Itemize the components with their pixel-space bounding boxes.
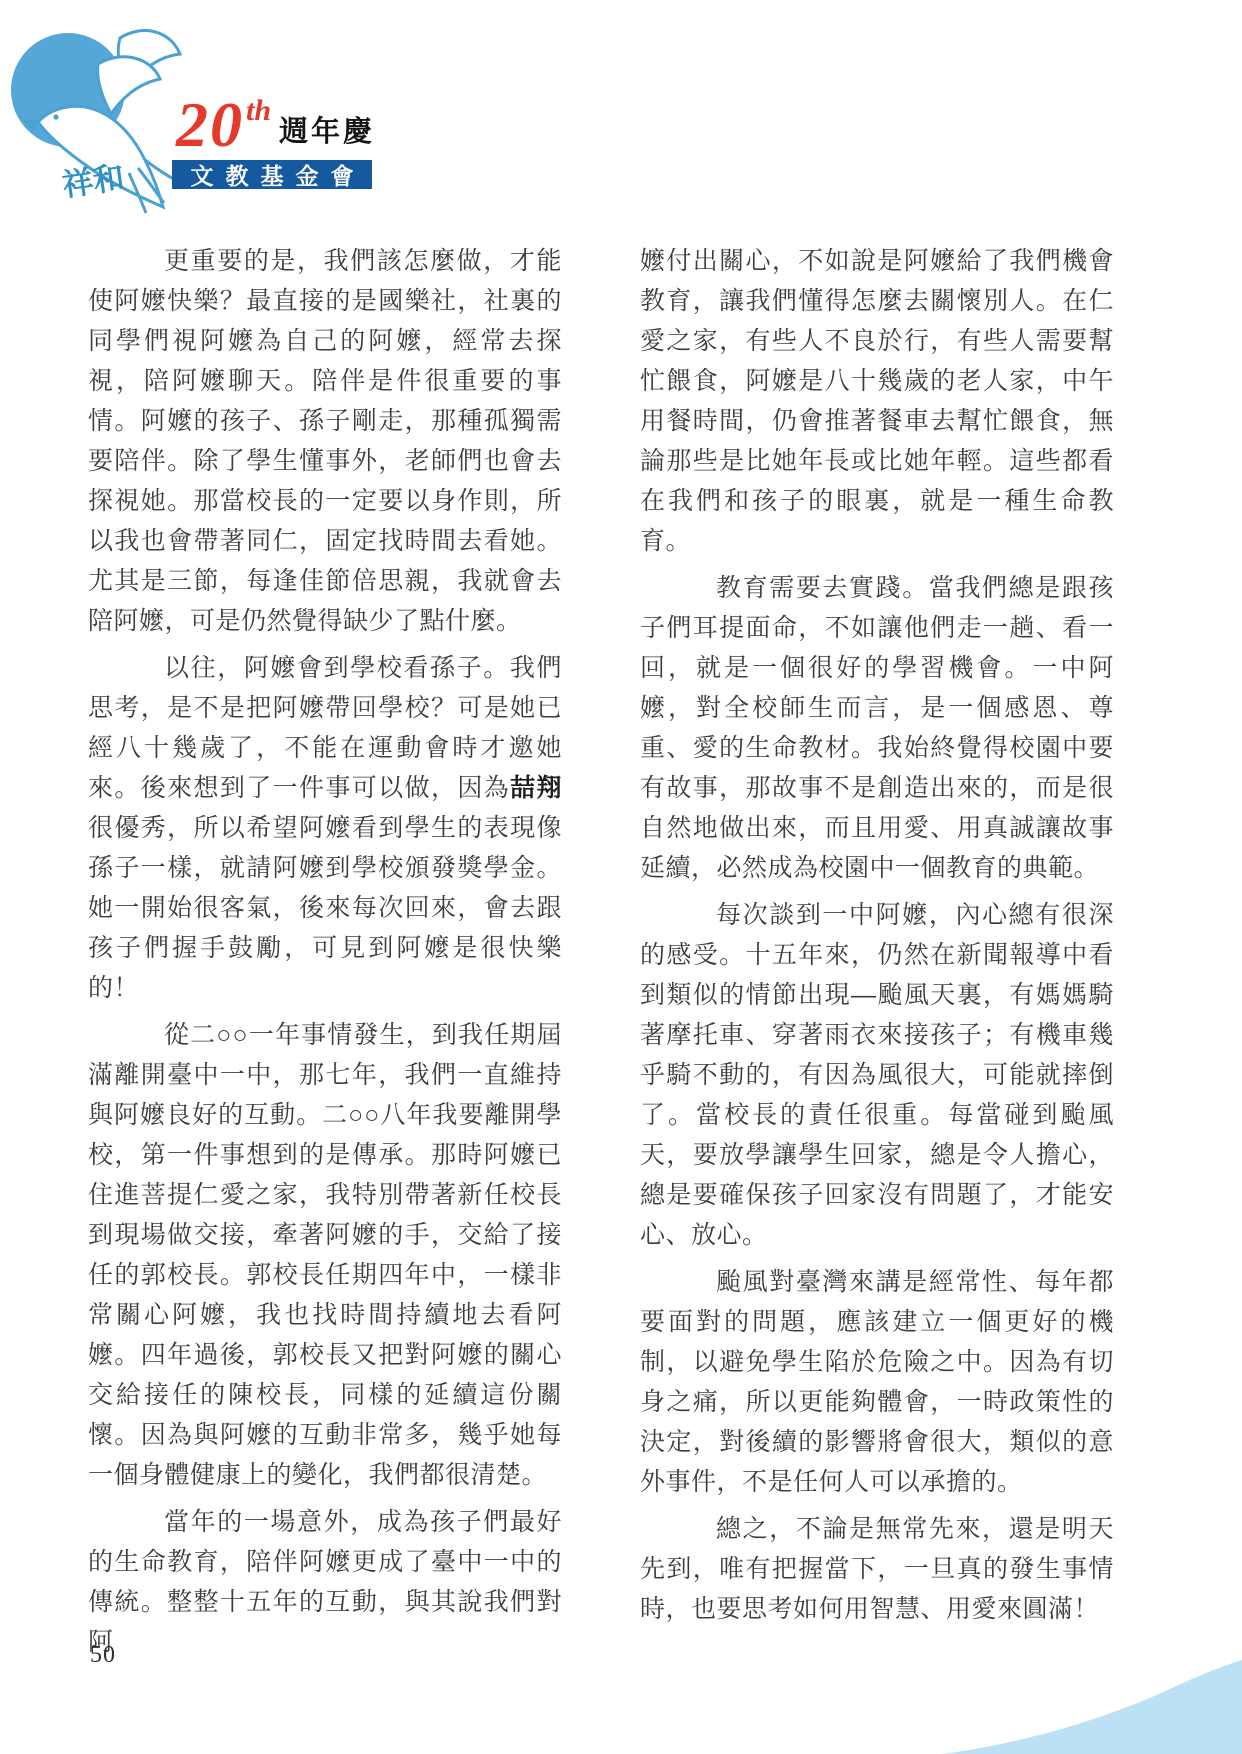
paragraph-text: 很優秀，所以希望阿嬤看到學生的表現像孫子一樣，就請阿嬤到學校頒發獎學金。她一開始… <box>88 814 562 1002</box>
anniversary-label: 週年慶 <box>279 109 375 150</box>
magazine-page: { "page": { "number": "50" }, "header": … <box>0 0 1242 1754</box>
anniversary-title: 20th週年慶 <box>176 88 375 162</box>
paragraph: 總之，不論是無常先來，還是明天先到，唯有把握當下，一旦真的發生事情時，也要思考如… <box>640 1509 1114 1629</box>
paragraph-text: 以往，阿嬤會到學校看孫子。我們思考，是不是把阿嬤帶回學校？可是她已經八十幾歲了，… <box>88 654 562 802</box>
article-right-column: 嬤付出關心，不如說是阿嬤給了我們機會教育，讓我們懂得怎麼去關懷別人。在仁愛之家，… <box>640 241 1114 1636</box>
paragraph: 以往，阿嬤會到學校看孫子。我們思考，是不是把阿嬤帶回學校？可是她已經八十幾歲了，… <box>88 648 562 1008</box>
paragraph: 從二○○一年事情發生，到我任期屆滿離開臺中一中，那七年，我們一直維持與阿嬤良好的… <box>88 1015 562 1495</box>
page-number: 50 <box>90 1642 116 1669</box>
paragraph: 教育需要去實踐。當我們總是跟孩子們耳提面命，不如讓他們走一趟、看一回，就是一個很… <box>640 568 1114 888</box>
student-name-bold: 喆翔 <box>510 774 562 802</box>
paragraph: 更重要的是，我們該怎麼做，才能使阿嬤快樂？最直接的是國樂社，社裏的同學們視阿嬤為… <box>88 241 562 641</box>
foundation-banner: 文教基金會 <box>172 160 372 189</box>
article-left-column: 更重要的是，我們該怎麼做，才能使阿嬤快樂？最直接的是國樂社，社裏的同學們視阿嬤為… <box>88 241 562 1669</box>
anniversary-number: 20 <box>176 89 244 160</box>
paragraph: 當年的一場意外，成為孩子們最好的生命教育，陪伴阿嬤更成了臺中一中的傳統。整整十五… <box>88 1502 562 1662</box>
paragraph: 每次談到一中阿嬤，內心總有很深的感受。十五年來，仍然在新聞報導中看到類似的情節出… <box>640 895 1114 1255</box>
logo-badge-text: 祥和 <box>60 160 126 203</box>
paragraph: 颱風對臺灣來講是經常性、每年都要面對的問題，應該建立一個更好的機制，以避免學生陷… <box>640 1262 1114 1502</box>
foundation-name: 文教基金會 <box>179 158 366 191</box>
paragraph: 嬤付出關心，不如說是阿嬤給了我們機會教育，讓我們懂得怎麼去關懷別人。在仁愛之家，… <box>640 241 1114 561</box>
anniversary-suffix: th <box>246 94 271 128</box>
corner-swoosh-decoration <box>942 1654 1242 1754</box>
